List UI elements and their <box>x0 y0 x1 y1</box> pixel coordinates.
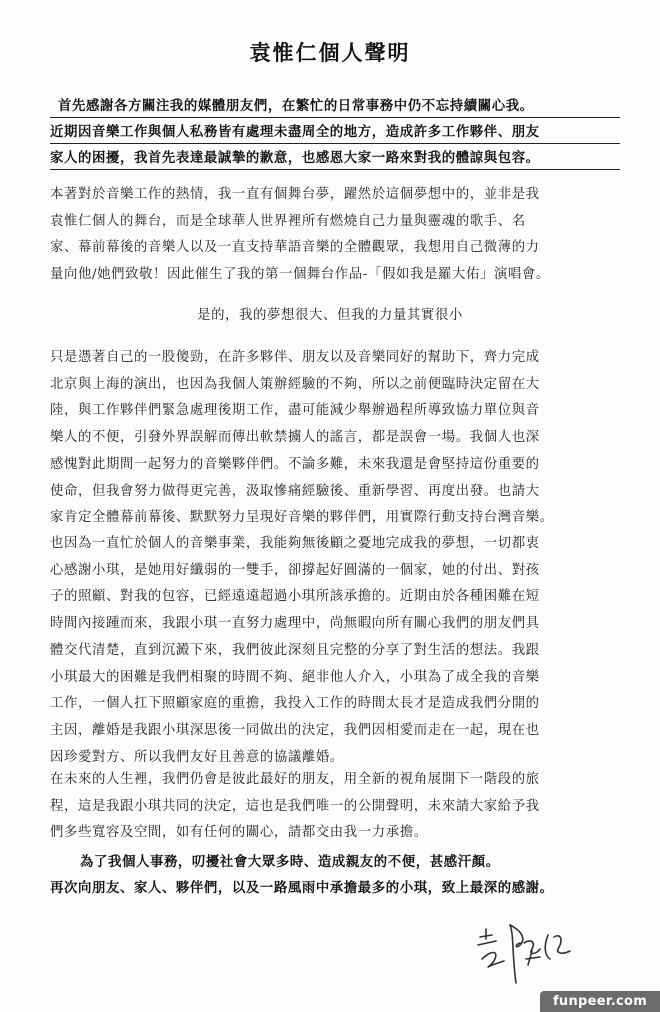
paragraph-line: 體交代清楚，直到沉澱下來，我們彼此深刻且完整的分享了對生活的想法。我跟 <box>50 638 470 665</box>
paragraph-line: 陸，與工作夥伴們緊急處理後期工作，盡可能減少舉辦過程所導致協力單位與音 <box>50 398 470 425</box>
paragraph-line: 家肯定全體幕前幕後、默默努力呈現好音樂的夥伴們，用實際行動支持台灣音樂。 <box>50 505 470 532</box>
paragraph-dream: 本著對於音樂工作的熱情，我一直有個舞台夢，躍然於這個夢想中的，並非是我 袁惟仁個… <box>50 182 470 289</box>
paragraph-line: 本著對於音樂工作的熱情，我一直有個舞台夢，躍然於這個夢想中的，並非是我 <box>50 182 470 209</box>
paragraph-line: 感愧對此期間一起努力的音樂夥伴們。不論多難，未來我還是會堅持這份重要的 <box>50 452 470 479</box>
closing-line: 為了我個人事務，叨擾社會大眾多時、造成親友的不便，甚感汗顏。 <box>50 849 630 875</box>
paragraph-line: 家、幕前幕後的音樂人以及一直支持華語音樂的全體觀眾，我想用自己微薄的力 <box>50 235 470 262</box>
handwritten-signature-icon <box>470 915 590 995</box>
intro-line: 近期因音樂工作與個人私務皆有處理未盡周全的地方，造成許多工作夥伴、朋友 <box>50 122 620 144</box>
paragraph-family: 也因為一直忙於個人的音樂事業，我能夠無後顧之憂地完成我的夢想，一切都衷 心感謝小… <box>50 531 470 771</box>
paragraph-line: 使命，但我會努力做得更完善，汲取慘痛經驗後、重新學習、再度出發。也請大 <box>50 479 470 506</box>
paragraph-line: 袁惟仁個人的舞台，而是全球華人世界裡所有燃燒自己力量與靈魂的歌手、名 <box>50 209 470 236</box>
statement-page: 袁惟仁個人聲明 首先感謝各方關注我的媒體朋友們，在繁忙的日常事務中仍不忘持續關心… <box>0 0 660 1012</box>
paragraph-line: 在未來的人生裡，我們仍會是彼此最好的朋友，用全新的視角展開下一階段的旅 <box>50 767 470 794</box>
intro-paragraph: 首先感謝各方關注我的媒體朋友們，在繁忙的日常事務中仍不忘持續關心我。 近期因音樂… <box>50 96 620 174</box>
paragraph-line: 工作，一個人扛下照顧家庭的重擔，我投入工作的時間太長才是造成我們分開的 <box>50 691 470 718</box>
center-statement: 是的，我的夢想很大、但我的力量其實很小 <box>0 304 660 323</box>
paragraph-line: 北京與上海的演出，也因為我個人策辦經驗的不夠，所以之前便臨時決定留在大 <box>50 372 470 399</box>
paragraph-line: 程，這是我跟小琪共同的決定，這也是我們唯一的公開聲明，未來請大家給予我 <box>50 794 470 821</box>
paragraph-line: 主因，離婚是我跟小琪深思後一同做出的決定，我們因相愛而走在一起，現在也 <box>50 718 470 745</box>
paragraph-line: 只是憑著自己的一股傻勁，在許多夥伴、朋友以及音樂同好的幫助下，齊力完成 <box>50 345 470 372</box>
watermark-badge: funpeer.com <box>540 991 660 1012</box>
paragraph-future: 在未來的人生裡，我們仍會是彼此最好的朋友，用全新的視角展開下一階段的旅 程，這是… <box>50 767 470 847</box>
paragraph-line: 們多些寬容及空間，如有任何的關心，請都交由我一力承擔。 <box>50 820 470 847</box>
paragraph-line: 量向他/她們致敬！因此催生了我的第一個舞台作品-「假如我是羅大佑」演唱會。 <box>50 262 470 289</box>
closing-line: 再次向朋友、家人、夥伴們，以及一路風雨中承擔最多的小琪，致上最深的感謝。 <box>50 875 630 901</box>
paragraph-line: 樂人的不便，引發外界誤解而傳出軟禁擄人的謠言，都是誤會一場。我個人也深 <box>50 425 470 452</box>
paragraph-concerts: 只是憑著自己的一股傻勁，在許多夥伴、朋友以及音樂同好的幫助下，齊力完成 北京與上… <box>50 345 470 532</box>
paragraph-line: 小琪最大的困難是我們相聚的時間不夠、絕非他人介入，小琪為了成全我的音樂 <box>50 665 470 692</box>
paragraph-line: 心感謝小琪，是她用好纖弱的一雙手，卻撐起好圓滿的一個家，她的付出、對孩 <box>50 558 470 585</box>
paragraph-line: 子的照顧、對我的包容，已經遠遠超過小琪所該承擔的。近期由於各種困難在短 <box>50 584 470 611</box>
intro-line: 家人的困擾，我首先表達最誠摯的歉意，也感恩大家一路來對我的體諒與包容。 <box>50 148 620 170</box>
intro-line: 首先感謝各方關注我的媒體朋友們，在繁忙的日常事務中仍不忘持續關心我。 <box>50 96 620 118</box>
page-title: 袁惟仁個人聲明 <box>0 37 660 67</box>
paragraph-line: 也因為一直忙於個人的音樂事業，我能夠無後顧之憂地完成我的夢想，一切都衷 <box>50 531 470 558</box>
paragraph-line: 時間內接踵而來，我跟小琪一直努力處理中，尚無暇向所有關心我們的朋友們具 <box>50 611 470 638</box>
closing-statement: 為了我個人事務，叨擾社會大眾多時、造成親友的不便，甚感汗顏。 再次向朋友、家人、… <box>50 849 630 901</box>
